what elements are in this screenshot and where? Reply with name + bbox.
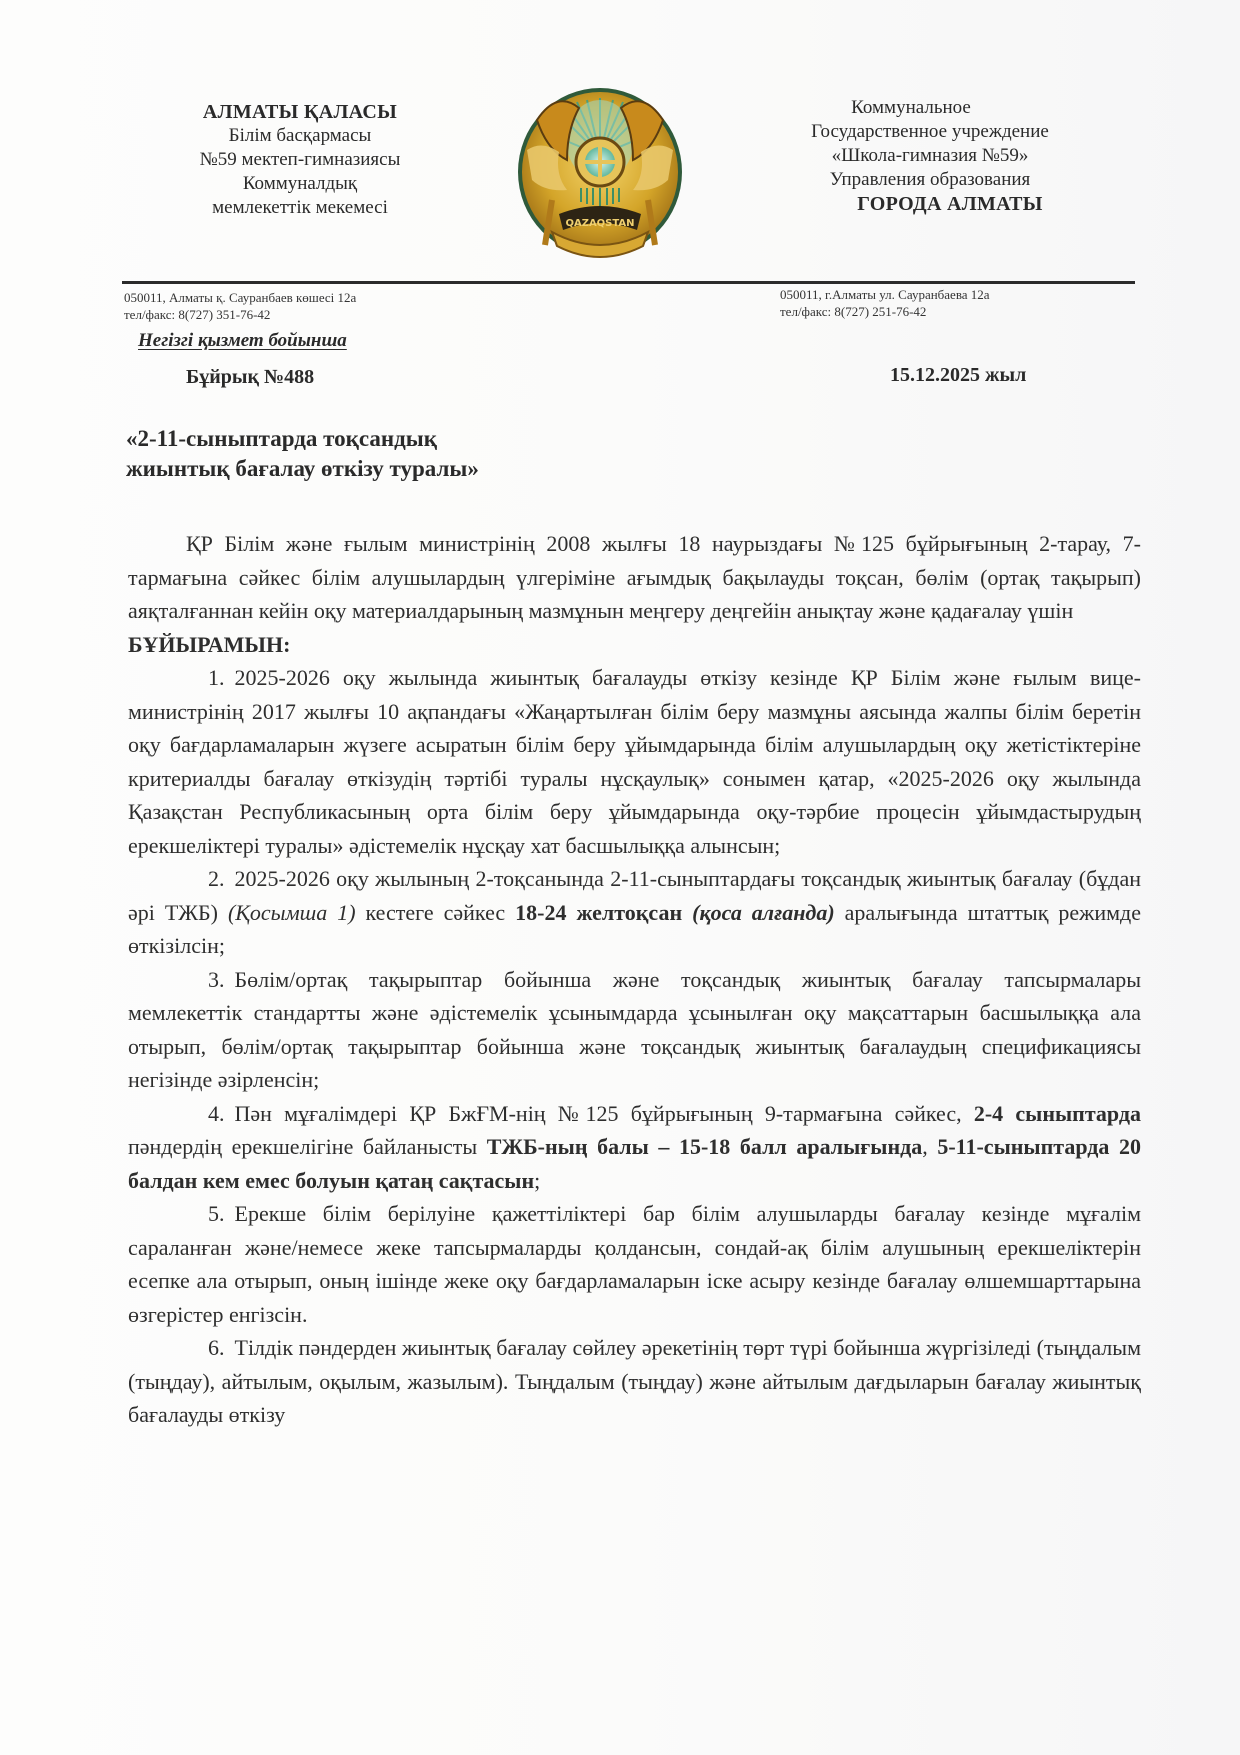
- address-right-street: 050011, г.Алматы ул. Сауранбаева 12а: [780, 286, 990, 303]
- list-item-1: 1.2025-2026 оқу жылында жиынтық бағалауд…: [128, 661, 1141, 862]
- list-item-text: Тілдік пәндерден жиынтық бағалау сөйлеу …: [128, 1335, 1141, 1427]
- document-title-line2: жиынтық бағалау өткізу туралы»: [126, 454, 479, 484]
- list-item-text: пәндердің ерекшелігіне байланысты: [128, 1134, 487, 1159]
- list-item-6: 6.Тілдік пәндерден жиынтық бағалау сөйле…: [128, 1331, 1141, 1432]
- list-item-number: 1.: [168, 661, 225, 695]
- list-item-text: Ерекше білім берілуіне қажеттіліктері ба…: [128, 1201, 1141, 1327]
- address-left: 050011, Алматы қ. Сауранбаев көшесі 12а …: [124, 289, 356, 323]
- header-left-line3: №59 мектеп-гимназиясы: [130, 148, 470, 172]
- list-item-2: 2.2025-2026 оқу жылының 2-тоқсанында 2-1…: [128, 862, 1141, 963]
- header-left-kazakh: АЛМАТЫ ҚАЛАСЫ Білім басқармасы №59 мекте…: [130, 100, 470, 220]
- address-left-phone: тел/факс: 8(727) 351-76-42: [124, 306, 356, 323]
- address-right-phone: тел/факс: 8(727) 251-76-42: [780, 303, 990, 320]
- document-title: «2-11-сыныптарда тоқсандық жиынтық бағал…: [126, 424, 479, 484]
- order-directive: БҰЙЫРАМЫН:: [128, 628, 1141, 662]
- order-date: 15.12.2025 жыл: [890, 364, 1026, 387]
- address-right: 050011, г.Алматы ул. Сауранбаева 12а тел…: [780, 286, 990, 320]
- header-left-line5: мемлекеттік мекемесі: [130, 196, 470, 220]
- header-right-line3: «Школа-гимназия №59»: [760, 144, 1100, 168]
- document-body: ҚР Білім және ғылым министрінің 2008 жыл…: [128, 527, 1141, 1432]
- list-item-text: Пән мұғалімдері ҚР БжҒМ-нің №125 бұйрығы…: [235, 1101, 974, 1126]
- list-item-number: 5.: [168, 1197, 225, 1231]
- state-emblem-icon: QAZAQSTAN: [497, 80, 697, 270]
- header-right-city: ГОРОДА АЛМАТЫ: [760, 192, 1100, 216]
- inclusive-note: (қоса алғанда): [692, 900, 835, 925]
- emblem-label: QAZAQSTAN: [565, 218, 634, 229]
- date-range: 18-24 желтоқсан: [515, 900, 682, 925]
- list-item-text: 2025-2026 оқу жылында жиынтық бағалауды …: [128, 665, 1141, 858]
- address-left-street: 050011, Алматы қ. Сауранбаев көшесі 12а: [124, 289, 356, 306]
- order-category: Негізгі қызмет бойынша: [138, 330, 347, 352]
- score-range: ТЖБ-ның балы – 15-18 балл аралығында: [487, 1134, 923, 1159]
- list-item-3: 3.Бөлім/ортақ тақырыптар бойынша және то…: [128, 963, 1141, 1097]
- header-right-line2: Государственное учреждение: [760, 120, 1100, 144]
- list-item-5: 5.Ерекше білім берілуіне қажеттіліктері …: [128, 1197, 1141, 1331]
- header-divider: [122, 281, 1135, 284]
- order-number: Бұйрық №488: [186, 366, 314, 389]
- header-left-line2: Білім басқармасы: [130, 124, 470, 148]
- header-right-line1: Коммунальное: [760, 96, 1100, 120]
- grades-2-4: 2-4 сыныптарда: [974, 1101, 1141, 1126]
- list-item-number: 2.: [168, 862, 225, 896]
- list-item-number: 3.: [168, 963, 225, 997]
- list-item-text: Бөлім/ортақ тақырыптар бойынша және тоқс…: [128, 967, 1141, 1093]
- header-right-russian: Коммунальное Государственное учреждение …: [760, 96, 1100, 216]
- list-item-number: 6.: [168, 1331, 225, 1365]
- preamble-paragraph: ҚР Білім және ғылым министрінің 2008 жыл…: [128, 527, 1141, 628]
- header-right-line4: Управления образования: [760, 168, 1100, 192]
- list-item-text: кестеге сәйкес: [356, 900, 516, 925]
- appendix-reference: (Қосымша 1): [228, 900, 356, 925]
- list-item-text: ;: [534, 1168, 540, 1193]
- header-left-city: АЛМАТЫ ҚАЛАСЫ: [130, 100, 470, 124]
- list-item-4: 4.Пән мұғалімдері ҚР БжҒМ-нің №125 бұйры…: [128, 1097, 1141, 1198]
- list-item-number: 4.: [168, 1097, 225, 1131]
- header-left-line4: Коммуналдық: [130, 172, 470, 196]
- list-item-text: ,: [922, 1134, 937, 1159]
- document-title-line1: «2-11-сыныптарда тоқсандық: [126, 424, 479, 454]
